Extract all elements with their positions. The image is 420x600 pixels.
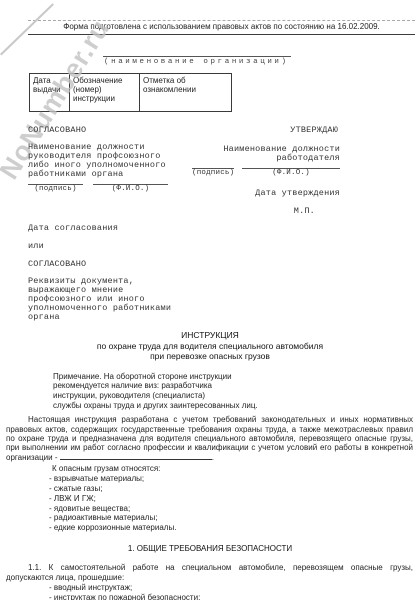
clause-1-1-list: - вводный инструктаж;- инструктаж по пож… bbox=[49, 583, 420, 600]
list-item: - ЛВЖ И ГЖ; bbox=[49, 494, 420, 504]
dangerous-goods-list: - взрывчатые материалы;- сжатые газы;- Л… bbox=[49, 474, 420, 533]
right-signature-row: (подпись) (Ф.И.О.) bbox=[192, 168, 340, 178]
approved-block: УТВЕРЖДАЮ Наименование должности работод… bbox=[192, 126, 340, 216]
list-item: - вводный инструктаж; bbox=[49, 583, 420, 593]
left-name-caption: (Ф.И.О.) bbox=[93, 185, 168, 194]
list-item: - сжатые газы; bbox=[49, 484, 420, 494]
clause-1-1-paragraph: 1.1. К самостоятельной работе на специал… bbox=[6, 563, 413, 583]
agreed-label: СОГЛАСОВАНО bbox=[28, 126, 171, 135]
approved-label: УТВЕРЖДАЮ bbox=[192, 126, 340, 135]
intro-paragraph: Настоящая инструкция разработана с учето… bbox=[6, 415, 413, 462]
left-signature-caption: (подпись) bbox=[28, 185, 83, 194]
organization-fill-blank bbox=[60, 452, 212, 460]
agreed-alt-label: СОГЛАСОВАНО bbox=[28, 260, 171, 269]
organization-name-blank bbox=[103, 56, 291, 57]
intro-paragraph-period: . bbox=[212, 453, 214, 462]
employer-position-lines: Наименование должности работодателя bbox=[192, 145, 340, 163]
list-item: - ядовитые вещества; bbox=[49, 504, 420, 514]
document-requisites-lines: Реквизиты документа, выражающего мнение … bbox=[28, 277, 171, 322]
or-label: или bbox=[28, 242, 171, 251]
document-title: ИНСТРУКЦИЯ по охране труда для водителя … bbox=[0, 330, 420, 362]
approval-section: СОГЛАСОВАНО Наименование должности руков… bbox=[0, 123, 420, 322]
list-item: - взрывчатые материалы; bbox=[49, 474, 420, 484]
list-item: - радиоактивные материалы; bbox=[49, 513, 420, 523]
note-block: Примечание. На оборотной стороне инструк… bbox=[53, 372, 420, 411]
approval-date-label: Дата утверждения bbox=[192, 189, 340, 198]
table-header-row: Дата выдачи Обозначение (номер) инструкц… bbox=[30, 74, 232, 112]
agreed-block: СОГЛАСОВАНО Наименование должности руков… bbox=[28, 126, 171, 322]
agreement-date-label: Дата согласования bbox=[28, 224, 171, 233]
union-position-lines: Наименование должности руководителя проф… bbox=[28, 143, 171, 179]
list-item: - едкие коррозионные материалы. bbox=[49, 523, 420, 533]
col-acknowledgement: Отметка об ознакомлении bbox=[140, 74, 232, 112]
col-issue-date: Дата выдачи bbox=[30, 74, 70, 112]
form-prepared-notice: Форма подготовлена с использованием прав… bbox=[28, 20, 415, 35]
right-signature-caption: (подпись) bbox=[192, 169, 234, 178]
list-item: - инструктаж по пожарной безопасности; bbox=[49, 593, 420, 600]
registration-table: Дата выдачи Обозначение (номер) инструкц… bbox=[29, 73, 232, 112]
dangerous-goods-label: К опасным грузам относятся: bbox=[52, 464, 420, 474]
organization-name-caption: (наименование организации) bbox=[104, 58, 420, 66]
right-name-caption: (Ф.И.О.) bbox=[242, 169, 340, 178]
section1-heading: 1. ОБЩИЕ ТРЕБОВАНИЯ БЕЗОПАСНОСТИ bbox=[0, 544, 420, 554]
document-page: NoNumber.ru Форма подготовлена с использ… bbox=[0, 0, 420, 600]
col-instruction-number: Обозначение (номер) инструкции bbox=[70, 74, 140, 112]
stamp-place-label: М.П. bbox=[192, 207, 315, 216]
left-signature-row: (подпись) (Ф.И.О.) bbox=[28, 184, 171, 194]
